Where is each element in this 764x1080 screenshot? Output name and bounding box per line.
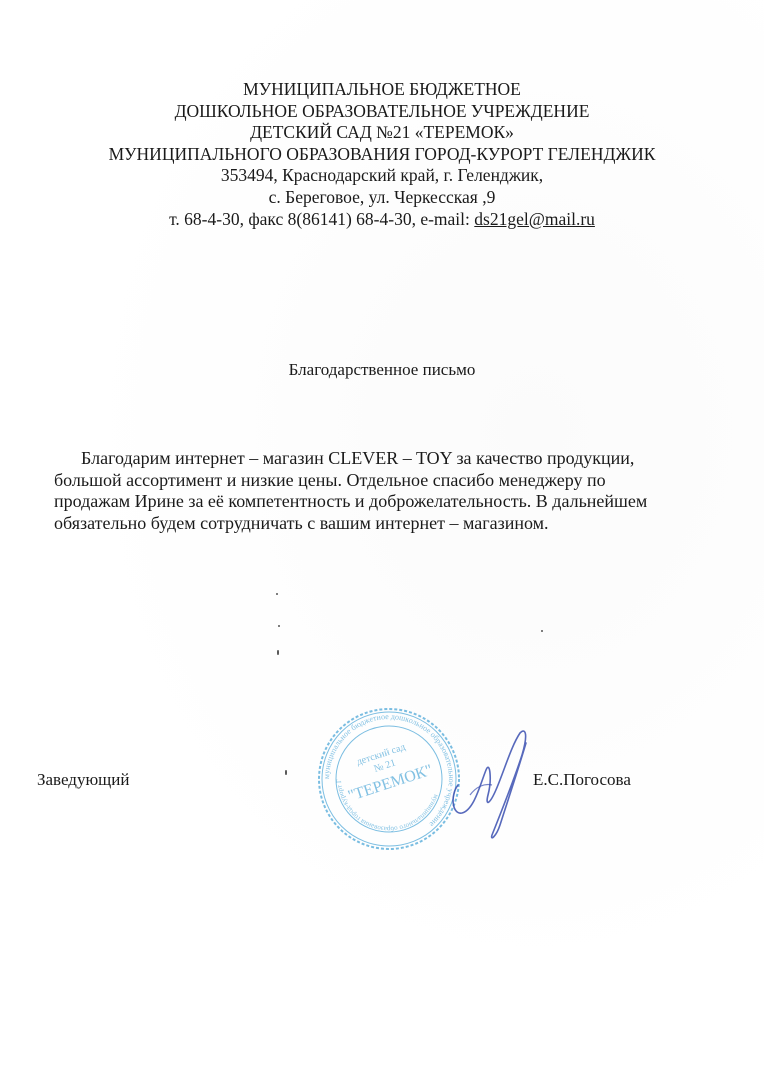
letterhead: МУНИЦИПАЛЬНОЕ БЮДЖЕТНОЕ ДОШКОЛЬНОЕ ОБРАЗ… [0, 79, 764, 230]
letterhead-line-4: МУНИЦИПАЛЬНОГО ОБРАЗОВАНИЯ ГОРОД-КУРОРТ … [0, 144, 764, 166]
scan-speck [277, 650, 279, 655]
scan-speck [278, 625, 280, 627]
email-link[interactable]: ds21gel@mail.ru [474, 209, 595, 229]
body-line-3: продажам Ирине за её компетентность и до… [54, 491, 714, 513]
letterhead-address-1: 353494, Краснодарский край, г. Геленджик… [0, 165, 764, 187]
letterhead-address-2: с. Береговое, ул. Черкесская ,9 [0, 187, 764, 209]
body-line-4: обязательно будем сотрудничать с вашим и… [54, 513, 714, 535]
scan-speck [541, 630, 543, 632]
signer-name: Е.С.Погосова [533, 770, 631, 790]
scan-speck [276, 593, 278, 595]
handwritten-signature-icon [440, 725, 540, 845]
body-line-1: Благодарим интернет – магазин CLEVER – T… [54, 448, 714, 470]
scan-speck [285, 770, 287, 775]
signer-position: Заведующий [37, 770, 129, 790]
body-line-2: большой ассортимент и низкие цены. Отдел… [54, 470, 714, 492]
letterhead-line-3: ДЕТСКИЙ САД №21 «ТЕРЕМОК» [0, 122, 764, 144]
letter-body: Благодарим интернет – магазин CLEVER – T… [54, 448, 714, 534]
contacts-text: т. 68-4-30, факс 8(86141) 68-4-30, e-mai… [169, 209, 474, 229]
document-title: Благодарственное письмо [0, 360, 764, 380]
letter-page: МУНИЦИПАЛЬНОЕ БЮДЖЕТНОЕ ДОШКОЛЬНОЕ ОБРАЗ… [0, 0, 764, 1080]
letterhead-line-1: МУНИЦИПАЛЬНОЕ БЮДЖЕТНОЕ [0, 79, 764, 101]
letterhead-line-2: ДОШКОЛЬНОЕ ОБРАЗОВАТЕЛЬНОЕ УЧРЕЖДЕНИЕ [0, 101, 764, 123]
letterhead-contacts: т. 68-4-30, факс 8(86141) 68-4-30, e-mai… [0, 209, 764, 231]
